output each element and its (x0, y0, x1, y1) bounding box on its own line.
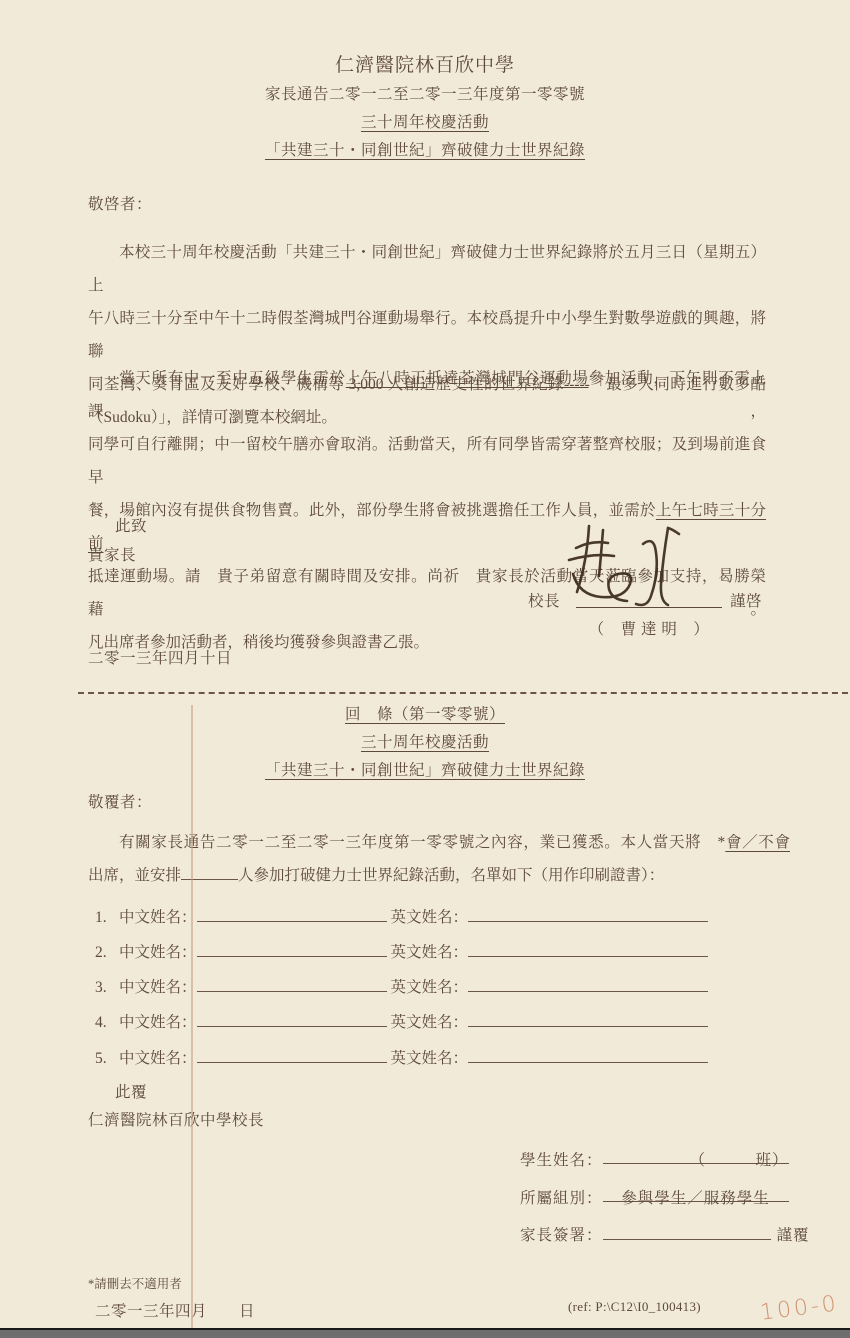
en-name-label: 英文姓名： (391, 905, 469, 927)
cn-name-label: 中文姓名： (119, 905, 197, 927)
text-segment: 當天所有中一至中五級學生需於 (119, 370, 346, 387)
cn-name-blank (197, 1047, 387, 1063)
reply-date-line: 二零一三年四月 日 (95, 1299, 255, 1321)
row-number: 3. (95, 979, 119, 997)
row-number: 4. (95, 1014, 119, 1032)
underlined-text: 上午八時正 (346, 370, 427, 387)
event-title-line2-text: 「共建三十・同創世紀」齊破健力士世界紀錄 (265, 142, 585, 159)
closing-recipient: 貴家長 (88, 543, 136, 565)
cn-name-label: 中文姓名： (119, 940, 197, 962)
text-segment: 出席，並安排 (88, 867, 181, 884)
underlined-choice: 會／不會 (725, 834, 790, 851)
name-row-2: 2.中文姓名：英文姓名： (95, 940, 775, 962)
paragraph-line: 有關家長通告二零一二至二零一三年度第一零零號之內容，業已獲悉。本人當天將 *會／… (88, 826, 790, 859)
reply-title-2-text: 三十周年校慶活動 (361, 734, 489, 751)
cn-name-label: 中文姓名： (119, 1046, 197, 1068)
group-field: 所屬組別： 參與學生／服務學生 (520, 1186, 789, 1208)
en-name-blank (468, 976, 708, 992)
scanner-edge (0, 1328, 850, 1338)
reply-salutation: 敬覆者： (88, 790, 152, 812)
en-name-blank (468, 1047, 708, 1063)
en-name-label: 英文姓名： (391, 1046, 469, 1068)
reply-title-3-text: 「共建三十・同創世紀」齊破健力士世界紀錄 (265, 762, 585, 779)
text-segment: 人參加打破健力士世界紀錄活動，名單如下（用作印刷證書）： (238, 867, 664, 884)
row-number: 2. (95, 944, 119, 962)
reply-closing-principal: 仁濟醫院林百欣中學校長 (88, 1108, 264, 1130)
text-segment: 有關家長通告二零一二至二零一三年度第一零零號之內容，業已獲悉。本人當天將 * (119, 834, 725, 851)
reply-title-1-text: 回 條（第一零零號） (345, 706, 505, 723)
paragraph-line: 本校三十周年校慶活動「共建三十・同創世紀」齊破健力士世界紀錄將於五月三日（星期五… (88, 236, 766, 302)
paragraph-line: 同學可自行離開；中一留校午膳亦會取消。活動當天，所有同學皆需穿著整齊校服；及到場… (88, 428, 766, 494)
en-name-label: 英文姓名： (391, 940, 469, 962)
notice-date: 二零一三年四月十日 (88, 646, 232, 668)
scanned-notice-document: 仁濟醫院林百欣中學 家長通告二零一二至二零一三年度第一零零號 三十周年校慶活動 … (0, 0, 850, 1338)
signature-label: 校長 (528, 589, 560, 611)
en-name-blank (468, 906, 708, 922)
event-title-line2: 「共建三十・同創世紀」齊破健力士世界紀錄 (0, 138, 850, 160)
student-name-blank: （ 班） (603, 1148, 789, 1164)
en-name-label: 英文姓名： (391, 975, 469, 997)
closing-cizhi: 此致 (115, 514, 147, 536)
cn-name-blank (197, 906, 387, 922)
notice-number-line: 家長通告二零一二至二零一三年度第一零零號 (0, 82, 850, 104)
signature-line (576, 607, 722, 608)
paragraph-line: 午八時三十分至中午十二時假荃灣城門谷運動場舉行。本校爲提升中小學生對數學遊戲的興… (88, 302, 766, 368)
underlined-text: 荃灣城門谷運動場 (459, 370, 589, 387)
parent-signature-field: 家長簽署： 謹覆 (520, 1223, 810, 1245)
en-name-label: 英文姓名： (391, 1010, 469, 1032)
cut-line (78, 692, 848, 694)
en-name-blank (468, 941, 708, 957)
principal-name: （ 曹 達 明 ） (576, 617, 722, 639)
reply-closing-cifu: 此覆 (115, 1080, 147, 1102)
cn-name-blank (197, 976, 387, 992)
group-label: 所屬組別： (520, 1186, 603, 1208)
name-row-1: 1.中文姓名：英文姓名： (95, 905, 775, 927)
name-row-4: 4.中文姓名：英文姓名： (95, 1010, 775, 1032)
en-name-blank (468, 1011, 708, 1027)
parent-signature-label: 家長簽署： (520, 1223, 603, 1245)
reply-title-3: 「共建三十・同創世紀」齊破健力士世界紀錄 (0, 758, 850, 780)
row-number: 1. (95, 909, 119, 927)
reply-title-2: 三十周年校慶活動 (0, 730, 850, 752)
class-suffix: （ 班） (690, 1152, 789, 1169)
event-title-line1: 三十周年校慶活動 (0, 110, 850, 132)
signature-honorific: 謹啓 (730, 589, 762, 611)
name-row-3: 3.中文姓名：英文姓名： (95, 975, 775, 997)
fill-in-blank-count (181, 864, 238, 880)
school-name: 仁濟醫院林百欣中學 (0, 50, 850, 77)
student-name-label: 學生姓名： (520, 1148, 603, 1170)
file-reference: (ref: P:\C12\I0_100413) (568, 1299, 701, 1315)
group-blank: 參與學生／服務學生 (603, 1186, 789, 1202)
principal-signature-ink (548, 516, 698, 621)
reply-honorific: 謹覆 (777, 1223, 810, 1245)
cn-name-blank (197, 1011, 387, 1027)
row-number: 5. (95, 1050, 119, 1068)
paragraph-line: 當天所有中一至中五級學生需於上午八時正抵達荃灣城門谷運動場參加活動，下午則不需上… (88, 362, 766, 428)
paragraph-line: 出席，並安排人參加打破健力士世界紀錄活動，名單如下（用作印刷證書）： (88, 859, 790, 892)
name-row-5: 5.中文姓名：英文姓名： (95, 1046, 775, 1068)
cn-name-blank (197, 941, 387, 957)
event-title-line1-text: 三十周年校慶活動 (361, 114, 489, 131)
scan-fold-line (191, 705, 193, 1330)
delete-inapplicable-note: *請刪去不適用者 (88, 1274, 182, 1292)
reply-paragraph: 有關家長通告二零一二至二零一三年度第一零零號之內容，業已獲悉。本人當天將 *會／… (88, 826, 790, 892)
student-name-field: 學生姓名： （ 班） (520, 1148, 789, 1170)
reply-title-1: 回 條（第一零零號） (0, 702, 850, 724)
handwritten-annotation: 100-0 (759, 1291, 840, 1325)
salutation: 敬啓者： (88, 192, 152, 214)
parent-signature-blank (603, 1224, 771, 1240)
text-segment: 抵達 (427, 370, 459, 387)
cn-name-label: 中文姓名： (119, 1010, 197, 1032)
group-options: 參與學生／服務學生 (621, 1190, 770, 1207)
cn-name-label: 中文姓名： (119, 975, 197, 997)
